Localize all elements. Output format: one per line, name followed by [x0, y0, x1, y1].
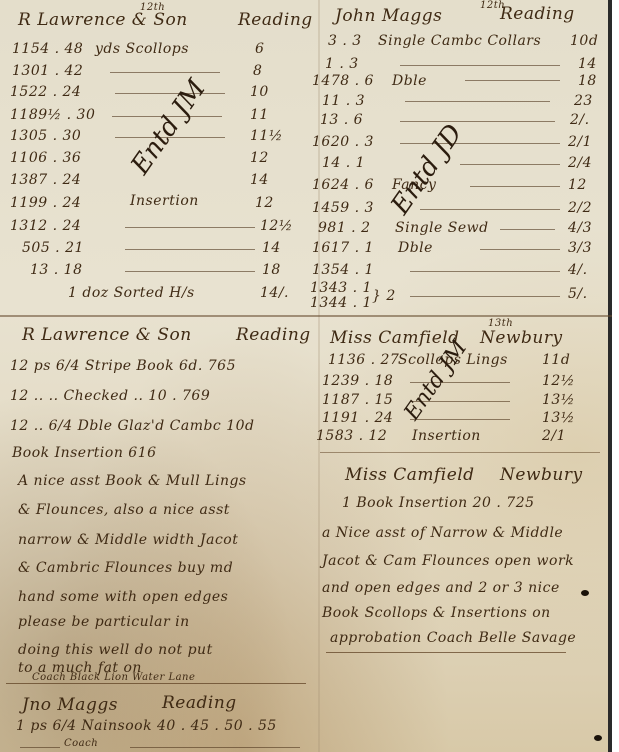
row-desc: Insertion [130, 193, 199, 209]
row-ref: 1 . 3 [325, 56, 359, 72]
order-line: Book Insertion 616 [12, 445, 157, 461]
row-ref: 1154 . 48 [12, 41, 83, 57]
rule-line [6, 683, 306, 684]
row-price: 2/1 [542, 428, 566, 444]
entered-signature-mark: Entd JD [385, 119, 468, 220]
row-price: 14 [262, 240, 281, 256]
row-desc: Single Sewd [395, 220, 489, 236]
note-line: please be particular in [18, 614, 190, 630]
row-price: 12½ [260, 218, 293, 234]
row-price: 8 [253, 63, 262, 79]
row-desc: Insertion [412, 428, 481, 444]
entered-signature-mark: Entd JM [400, 336, 473, 425]
row-ref: 1239 . 18 [322, 373, 393, 389]
place-heading: Reading [236, 325, 311, 345]
row-ref: 1305 . 30 [10, 128, 81, 144]
row-ref: 1187 . 15 [322, 392, 393, 408]
row-price: 4/3 [568, 220, 592, 236]
ink-blot [594, 735, 602, 741]
row-price: 2/2 [568, 200, 592, 216]
row-ref: 981 . 2 [318, 220, 370, 236]
note-line: Jacot & Cam Flounces open work [322, 553, 574, 569]
place-heading: Reading [162, 693, 237, 713]
row-price: 6 [255, 41, 264, 57]
row-price: 10d [570, 33, 598, 49]
row-ref: 1191 . 24 [322, 410, 393, 426]
row-price: 2/4 [568, 155, 592, 171]
row-price: 11½ [250, 128, 283, 144]
row-ref: 1583 . 12 [316, 428, 387, 444]
row-ref: 1387 . 24 [10, 172, 81, 188]
note-line: & Cambric Flounces buy md [18, 560, 233, 576]
row-price: 12½ [542, 373, 575, 389]
row-ref: 1199 . 24 [10, 195, 81, 211]
row-ref: 1344 . 1 [310, 295, 372, 311]
shipping-instruction: Coach [64, 738, 98, 749]
section-divider-right [320, 452, 600, 453]
row-desc: } 2 [372, 288, 396, 304]
row-ref: 3 . 3 [328, 33, 362, 49]
row-ref: 1343 . 1 [310, 280, 372, 296]
row-ref: 14 . 1 [322, 155, 365, 171]
row-price: 12 [255, 195, 274, 211]
row-desc: Single Cambc Collars [378, 33, 541, 49]
row-price: 23 [574, 93, 593, 109]
place-heading: Newbury [500, 465, 583, 485]
section-divider [0, 315, 612, 317]
row-ref: 505 . 21 [22, 240, 84, 256]
note-line: 1 Book Insertion 20 . 725 [342, 495, 535, 511]
row-price: 2/1 [568, 134, 592, 150]
order-line: 12 .. 6/4 Dble Glaz'd Cambc 10d [10, 418, 255, 434]
row-ref: 1301 . 42 [12, 63, 83, 79]
place-heading: Reading [238, 10, 313, 30]
row-desc: Dble [392, 73, 427, 89]
row-ref: 1136 . 27 [328, 352, 399, 368]
order-line: 12 .. .. Checked .. 10 . 769 [10, 388, 210, 404]
row-price: 11 [250, 107, 269, 123]
row-price: 13½ [542, 392, 575, 408]
row-price: 14 [578, 56, 597, 72]
place-heading: Reading [500, 4, 575, 24]
row-price: 4/. [568, 262, 588, 278]
row-price: 2/. [570, 112, 590, 128]
row-price: 18 [262, 262, 281, 278]
customer-heading: John Maggs [335, 6, 442, 26]
note-line: approbation Coach Belle Savage [330, 630, 576, 646]
order-line: 12 ps 6/4 Stripe Book 6d. 765 [10, 358, 236, 374]
note-line: Book Scollops & Insertions on [322, 605, 551, 621]
row-price: 12 [250, 150, 269, 166]
note-line: and open edges and 2 or 3 nice [322, 580, 560, 596]
customer-heading: Jno Maggs [22, 695, 118, 715]
shipping-instruction: Coach Black Lion Water Lane [32, 672, 195, 683]
order-line: 1 ps 6/4 Nainsook 40 . 45 . 50 . 55 [16, 718, 277, 734]
row-price: 13½ [542, 410, 575, 426]
row-ref: 13 . 6 [320, 112, 363, 128]
row-price: 5/. [568, 286, 588, 302]
row-ref: 1312 . 24 [10, 218, 81, 234]
customer-heading: R Lawrence & Son [18, 10, 188, 30]
note-line: a Nice asst of Narrow & Middle [322, 525, 563, 541]
customer-heading: Miss Camfield [345, 465, 475, 485]
row-desc: 1 doz Sorted H/s [68, 285, 195, 301]
customer-heading: R Lawrence & Son [22, 325, 192, 345]
note-line: narrow & Middle width Jacot [18, 532, 238, 548]
ledger-page: 12th R Lawrence & Son Reading 1154 . 48 … [0, 0, 612, 752]
note-line: & Flounces, also a nice asst [18, 502, 230, 518]
ink-blot [581, 590, 589, 596]
row-ref: 1106 . 36 [10, 150, 81, 166]
row-ref: 1617 . 1 [312, 240, 374, 256]
row-ref: 1459 . 3 [312, 200, 374, 216]
row-price: 3/3 [568, 240, 592, 256]
note-line: doing this well do not put [18, 642, 213, 658]
note-line: A nice asst Book & Mull Lings [18, 473, 247, 489]
customer-heading: Miss Camfield [330, 328, 460, 348]
row-price: 11d [542, 352, 570, 368]
row-price: 10 [250, 84, 269, 100]
row-ref: 1478 . 6 [312, 73, 374, 89]
row-ref: 1624 . 6 [312, 177, 374, 193]
entered-signature-mark: Entd JM [125, 74, 212, 180]
row-price: 14 [250, 172, 269, 188]
row-ref: 11 . 3 [322, 93, 365, 109]
row-ref: 1354 . 1 [312, 262, 374, 278]
row-price: 14/. [260, 285, 289, 301]
row-ref: 1620 . 3 [312, 134, 374, 150]
row-price: 18 [578, 73, 597, 89]
row-ref: 13 . 18 [30, 262, 82, 278]
row-desc: yds Scollops [95, 41, 189, 57]
rule-line [326, 652, 566, 653]
row-ref: 1522 . 24 [10, 84, 81, 100]
row-price: 12 [568, 177, 587, 193]
note-line: hand some with open edges [18, 589, 228, 605]
row-ref: 1189½ . 30 [10, 107, 95, 123]
place-heading: Newbury [480, 328, 563, 348]
row-desc: Dble [398, 240, 433, 256]
